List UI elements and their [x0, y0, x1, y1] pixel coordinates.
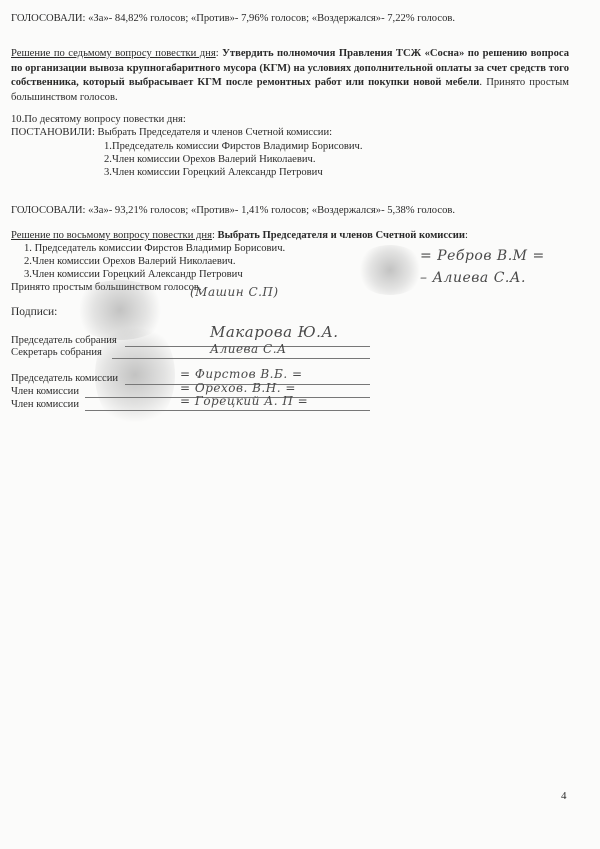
- vote-result-2: ГОЛОСОВАЛИ: «За»- 93,21% голосов; «Проти…: [11, 204, 455, 217]
- item-10-member-3: 3.Член комиссии Горецкий Александр Петро…: [104, 166, 323, 179]
- decision-8-member-1: 1. Председатель комиссии Фирстов Владими…: [24, 242, 285, 255]
- decision-7-lead: Решение по седьмому вопросу повестки дня: [11, 48, 216, 59]
- decision-8-lead: Решение по восьмому вопросу повестки дня: [11, 230, 212, 241]
- handwritten-note: = Ребров В.М =: [420, 250, 545, 263]
- decision-8-end: :: [465, 230, 468, 241]
- signature-name: = Фирстов В.Б. =: [180, 368, 303, 381]
- signature-line: [85, 410, 370, 411]
- item-10-heading: 10.По десятому вопросу повестки дня:: [11, 113, 186, 126]
- signatures-title: Подписи:: [11, 306, 57, 319]
- signature-role: Секретарь собрания: [11, 346, 102, 359]
- item-10-resolved: ПОСТАНОВИЛИ: Выбрать Председателя и член…: [11, 126, 332, 139]
- page-number: 4: [561, 790, 567, 803]
- decision-8-member-3: 3.Член комиссии Горецкий Александр Петро…: [24, 268, 243, 281]
- signature-line: [112, 358, 370, 359]
- decision-8: Решение по восьмому вопросу повестки дня…: [11, 229, 468, 242]
- decision-8-member-2: 2.Член комиссии Орехов Валерий Николаеви…: [24, 255, 236, 268]
- signature-name: Макарова Ю.А.: [210, 326, 339, 339]
- vote-result-1: ГОЛОСОВАЛИ: «За»- 84,82% голосов; «Проти…: [11, 12, 455, 25]
- signature-name: Алиева С.А: [210, 343, 287, 356]
- decision-8-text: Выбрать Председателя и членов Счетной ко…: [218, 230, 465, 241]
- item-10-member-1: 1.Председатель комиссии Фирстов Владимир…: [104, 140, 363, 153]
- item-10-member-2: 2.Член комиссии Орехов Валерий Николаеви…: [104, 153, 316, 166]
- signature-role: Член комиссии: [11, 385, 79, 398]
- decision-7: Решение по седьмому вопросу повестки дня…: [11, 47, 569, 105]
- handwritten-note: – Алиева С.А.: [420, 272, 526, 285]
- signature-role: Председатель комиссии: [11, 372, 118, 385]
- signature-scribble: [355, 245, 425, 295]
- signature-name: = Горецкий А. П =: [180, 395, 308, 408]
- handwritten-note: (Машин С.П): [190, 286, 279, 299]
- signature-role: Член комиссии: [11, 398, 79, 411]
